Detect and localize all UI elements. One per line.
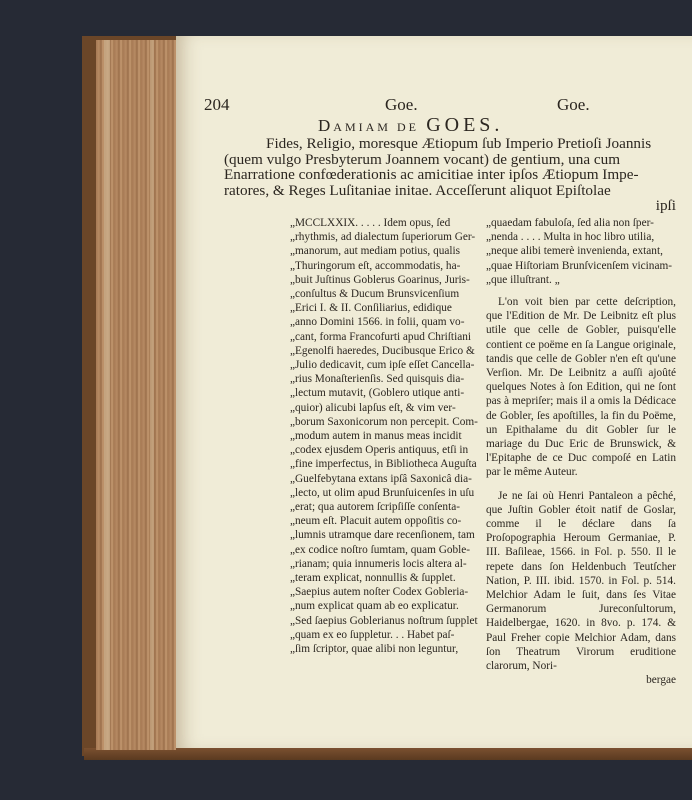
text-line: „ex codice noſtro ſumtam, quam Goble- — [290, 543, 478, 557]
text-line: „quaedam fabuloſa, ſed alia non ſper- — [486, 216, 676, 230]
text-line: „codex ejusdem Operis antiquus, etſi in — [290, 443, 478, 457]
intro-catchword: ipſi — [224, 198, 676, 214]
text-line: „lecto, ut olim apud Brunſuicenſes in uſ… — [290, 486, 478, 500]
book-title-intro: Fides, Religio, moresque Æ­tiopum ſub Im… — [224, 136, 676, 214]
text-line: „erat; qua autorem ſcripſiſſe conſenta- — [290, 500, 478, 514]
page-edge-highlight — [104, 40, 110, 750]
right-column: „quaedam fabuloſa, ſed alia non ſper- „n… — [486, 216, 676, 688]
text-line: „Erici I. & II. Conſiliarius, edidique — [290, 301, 478, 315]
text-line: „MCCLXXIX. . . . . Idem opus, ſed — [290, 216, 478, 230]
text-line: „neum eſt. Placuit autem oppoſitis co- — [290, 514, 478, 528]
text-line: „conſultus & Ducum Brunsvicenſium — [290, 287, 478, 301]
page-edge-highlight — [150, 40, 154, 750]
intro-line: Fides, Religio, moresque Æ­tiopum ſub Im… — [224, 136, 676, 152]
text-line: „modum autem in manus meas incidit — [290, 429, 478, 443]
paragraph-pantaleon: Je ne ſai où Henri Pantaleon a pêché, qu… — [486, 489, 676, 674]
page-number: 204 — [204, 95, 230, 115]
intro-line: ratores, & Reges Luſitaniae initae. Acce… — [224, 183, 676, 199]
title-initial: D — [318, 116, 333, 135]
text-line: „quam ex eo ſuppletur. . . Habet paſ- — [290, 628, 478, 642]
catchword: bergae — [486, 673, 676, 687]
text-line: „Julio dedicavit, cum ipſe eſſet Cancell… — [290, 358, 478, 372]
text-line: „teram explicat, nonnullis & ſupplet. — [290, 571, 478, 585]
intro-line: (quem vulgo Presbyterum Joannem vocant) … — [224, 152, 676, 168]
text-line: „Thuringorum eſt, accommodatis, ha- — [290, 259, 478, 273]
entry-title: DAMIAM DE GOES. — [318, 114, 503, 137]
text-line: „Saepius autem noſter Codex Gobleria- — [290, 585, 478, 599]
running-head-left: Goe. — [385, 95, 418, 115]
text-line: „buit Juſtinus Goblerus Goarinus, Juris- — [290, 273, 478, 287]
running-head-right: Goe. — [557, 95, 590, 115]
text-line: „Sed ſaepius Goblerianus noſtrum ſupplet — [290, 614, 478, 628]
text-line: „nenda . . . . Multa in hoc libro utilia… — [486, 230, 676, 244]
text-line: „que illuſtrant. „ — [486, 273, 676, 287]
text-line: „neque alibi temerè invenienda, extant, — [486, 244, 676, 258]
left-column: „MCCLXXIX. . . . . Idem opus, ſed „rhyth… — [290, 216, 478, 656]
text-line: „manorum, aut mediam potius, qualis — [290, 244, 478, 258]
text-line: „quior) alicubi lapſus eſt, & vim ver- — [290, 401, 478, 415]
text-line: „Guelfebytana extans ipſâ Saxonicâ dia- — [290, 472, 478, 486]
text-line: „lectum mutavit, (Goblero utique anti- — [290, 386, 478, 400]
text-line: „num explicat quam ab eo explicatur. — [290, 599, 478, 613]
text-line: „rhythmis, ad dialectum ſuperiorum Ger- — [290, 230, 478, 244]
text-line: „fine imperfectus, in Bibliotheca Auguſt… — [290, 457, 478, 471]
text-line: „rius Monaſterienſis. Sed quisquis dia- — [290, 372, 478, 386]
text-line: „ſim ſcriptor, quae alibi non leguntur, — [290, 642, 478, 656]
title-name: GOES. — [426, 114, 503, 136]
text-line: „lumnis utramque dare recenſionem, tam — [290, 528, 478, 542]
paragraph-leibnitz-edition: L'on voit bien par cette deſcription, qu… — [486, 295, 676, 480]
text-line: „quae Hiſtoriam Brunſvicenſem vicinam- — [486, 259, 676, 273]
text-line: „Egenolfi haeredes, Ducibusque Erico & — [290, 344, 478, 358]
text-line: „cant, forma Francofurti apud Chriſtiani — [290, 330, 478, 344]
text-line: „borum Saxonicorum non percepit. Com- — [290, 415, 478, 429]
intro-line: Enarratione confœderationis ac amicitiae… — [224, 167, 676, 183]
title-small-caps: AMIAM DE — [333, 120, 419, 134]
text-line: „anno Domini 1566. in folii, quam vo- — [290, 315, 478, 329]
text-line: „rianam; quia innumeris locis altera al- — [290, 557, 478, 571]
